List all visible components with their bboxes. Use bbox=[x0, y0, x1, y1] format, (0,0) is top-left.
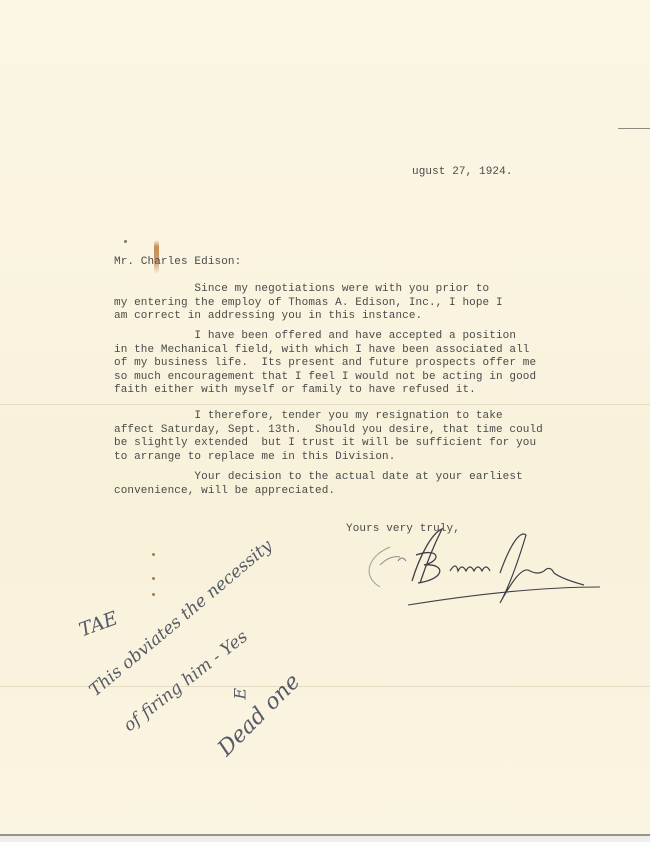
letter-paper: ugust 27, 1924. Mr. Charles Edison: Sinc… bbox=[0, 0, 650, 836]
ink-speck bbox=[124, 240, 127, 243]
paragraph-2: I have been offered and have accepted a … bbox=[114, 330, 536, 398]
paragraph-3: I therefore, tender you my resignation t… bbox=[114, 410, 543, 464]
letter-date: ugust 27, 1924. bbox=[412, 166, 513, 180]
ink-speck bbox=[152, 553, 155, 556]
signature bbox=[350, 525, 610, 615]
salutation: Mr. Charles Edison: bbox=[114, 256, 241, 270]
handwritten-initials: TAE bbox=[76, 607, 120, 641]
paragraph-1: Since my negotiations were with you prio… bbox=[114, 283, 503, 324]
handwritten-note-line-3: Dead one bbox=[213, 669, 305, 761]
handwritten-mark: E bbox=[231, 688, 250, 700]
fold-line bbox=[0, 404, 650, 405]
paragraph-4: Your decision to the actual date at your… bbox=[114, 471, 523, 498]
scanner-background bbox=[0, 836, 650, 842]
ink-speck bbox=[152, 577, 155, 580]
ink-speck bbox=[152, 593, 155, 596]
paper-tear-mark bbox=[618, 128, 650, 129]
